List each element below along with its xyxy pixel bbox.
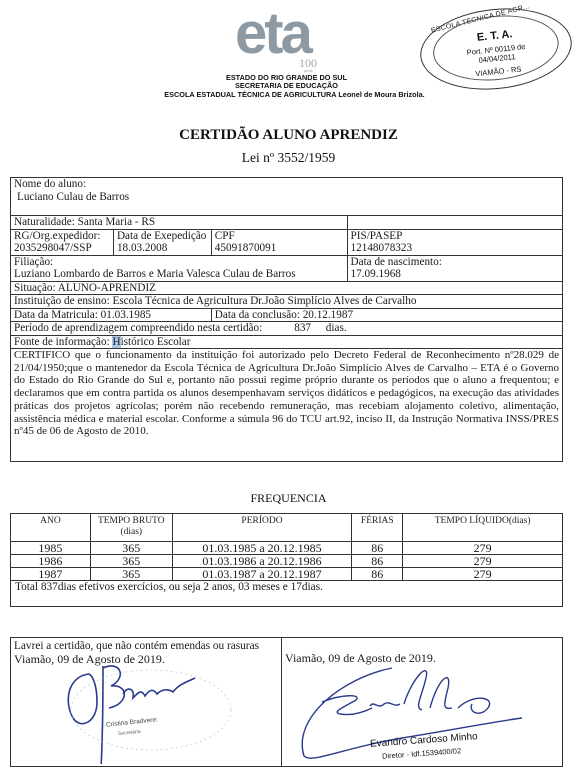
- expedicao-cell: Data de Exepedição 18.03.2008: [113, 229, 211, 255]
- conclusao-cell: Data da conclusão: 20.12.1987: [211, 308, 562, 322]
- frequencia-total: Total 837dias efetivos exercícios, ou se…: [11, 581, 563, 607]
- instituicao-cell: Instituição de ensino: Escola Técnica de…: [11, 295, 563, 309]
- document-subtitle: Lei nº 3552/1959: [0, 150, 577, 166]
- periodo-cell: Período de aprendizagem compreendido nes…: [11, 322, 563, 336]
- student-info-table: Nome do aluno: Luciano Culau de Barros N…: [10, 177, 563, 462]
- row-instituicao: Instituição de ensino: Escola Técnica de…: [11, 295, 563, 309]
- situacao-cell: Situação: ALUNO-APRENDIZ: [11, 281, 563, 295]
- secretary-signature-box: Lavrei a certidão, que não contém emenda…: [11, 638, 282, 767]
- frequencia-cell: 279: [403, 542, 563, 555]
- certifico-text: CERTIFICO que o funcionamento da institu…: [14, 349, 559, 438]
- fonte-rest: istórico Escolar: [121, 336, 191, 348]
- text-cursor-highlight: H: [112, 336, 120, 348]
- fonte-prefix: Fonte de informação:: [14, 336, 112, 348]
- rg-value: 2035298047/SSP: [14, 242, 92, 254]
- frequencia-cell: 86: [352, 555, 403, 568]
- frequencia-cell: 01.03.1985 a 20.12.1985: [172, 542, 352, 555]
- row-situacao: Situação: ALUNO-APRENDIZ: [11, 281, 563, 295]
- frequencia-cell: 1985: [11, 542, 91, 555]
- frequencia-table: ANOTEMPO BRUTO (dias)PERÍODOFÉRIASTEMPO …: [10, 513, 563, 607]
- right-date: Viamão, 09 de Agosto de 2019.: [285, 652, 559, 665]
- frequencia-cell: 1986: [11, 555, 91, 568]
- empty-cell: [347, 216, 562, 230]
- pis-cell: PIS/PASEP 12148078323: [347, 229, 562, 255]
- frequencia-cell: 86: [352, 568, 403, 581]
- cpf-cell: CPF 45091870091: [211, 229, 347, 255]
- rg-label: RG/Org.expedidor:: [14, 230, 101, 242]
- director-signature-box: Viamão, 09 de Agosto de 2019. Evandro Ca…: [282, 638, 563, 767]
- row-datas: Data da Matricula: 01.03.1985 Data da co…: [11, 308, 563, 322]
- frequencia-total-row: Total 837dias efetivos exercícios, ou se…: [11, 581, 563, 607]
- filiacao-value: Luziano Lombardo de Barros e Maria Vales…: [14, 268, 296, 280]
- matricula-cell: Data da Matricula: 01.03.1985: [11, 308, 212, 322]
- frequencia-title: FREQUENCIA: [0, 491, 577, 506]
- frequencia-cell: 86: [352, 542, 403, 555]
- frequencia-cell: 365: [90, 555, 172, 568]
- frequencia-header-1: TEMPO BRUTO (dias): [90, 514, 172, 542]
- lavrei-text: Lavrei a certidão, que não contém emenda…: [14, 640, 259, 652]
- fonte-cell: Fonte de informação: Histórico Escolar: [11, 335, 563, 349]
- filiacao-label: Filiação:: [14, 256, 53, 268]
- frequencia-cell: 1987: [11, 568, 91, 581]
- frequencia-header-4: TEMPO LÍQUIDO(dias): [403, 514, 563, 542]
- nome-label: Nome do aluno:: [14, 178, 86, 190]
- nome-value: Luciano Culau de Barros: [14, 191, 129, 203]
- cpf-value: 45091870091: [215, 242, 277, 254]
- left-date: Viamão, 09 de Agosto de 2019.: [14, 652, 165, 666]
- frequencia-body: 198536501.03.1985 a 20.12.19858627919863…: [11, 542, 563, 607]
- secretary-role: Secretária: [117, 726, 141, 741]
- rg-cell: RG/Org.expedidor: 2035298047/SSP: [11, 229, 114, 255]
- frequencia-cell: 365: [90, 542, 172, 555]
- signature-table: Lavrei a certidão, que não contém emenda…: [10, 637, 563, 767]
- row-documents: RG/Org.expedidor: 2035298047/SSP Data de…: [11, 229, 563, 255]
- frequencia-row: 198636501.03.1986 a 20.12.198686279: [11, 555, 563, 568]
- header-school: ESCOLA ESTADUAL TÉCNICA DE AGRICULTURA L…: [0, 90, 577, 99]
- expedicao-value: 18.03.2008: [117, 242, 167, 254]
- expedicao-label: Data de Exepedição: [117, 230, 206, 242]
- frequencia-header-0: ANO: [11, 514, 91, 542]
- eta-logo: eta 100 anos: [235, 14, 335, 74]
- cpf-label: CPF: [215, 230, 235, 242]
- nascimento-cell: Data de nascimento: 17.09.1968: [347, 255, 562, 281]
- row-filiacao: Filiação: Luziano Lombardo de Barros e M…: [11, 255, 563, 281]
- frequencia-cell: 279: [403, 555, 563, 568]
- row-fonte: Fonte de informação: Histórico Escolar: [11, 335, 563, 349]
- row-certifico: CERTIFICO que o funcionamento da institu…: [11, 349, 563, 462]
- frequencia-cell: 279: [403, 568, 563, 581]
- frequencia-cell: 01.03.1986 a 20.12.1986: [172, 555, 352, 568]
- pis-label: PIS/PASEP: [351, 230, 403, 242]
- nascimento-value: 17.09.1968: [351, 268, 401, 280]
- periodo-days: 837: [265, 322, 311, 335]
- frequencia-header-3: FÉRIAS: [352, 514, 403, 542]
- frequencia-row: 198736501.03.1987 a 20.12.198786279: [11, 568, 563, 581]
- periodo-unit: dias.: [314, 322, 347, 334]
- frequencia-header-row: ANOTEMPO BRUTO (dias)PERÍODOFÉRIASTEMPO …: [11, 514, 563, 542]
- row-periodo: Período de aprendizagem compreendido nes…: [11, 322, 563, 336]
- nascimento-label: Data de nascimento:: [351, 256, 442, 268]
- nome-cell: Nome do aluno: Luciano Culau de Barros: [11, 178, 563, 216]
- document-title: CERTIDÃO ALUNO APRENDIZ: [0, 127, 577, 144]
- frequencia-cell: 01.03.1987 a 20.12.1987: [172, 568, 352, 581]
- frequencia-row: 198536501.03.1985 a 20.12.198586279: [11, 542, 563, 555]
- naturalidade-cell: Naturalidade: Santa Maria - RS: [11, 216, 348, 230]
- frequencia-cell: 365: [90, 568, 172, 581]
- pis-value: 12148078323: [351, 242, 413, 254]
- certifico-cell: CERTIFICO que o funcionamento da institu…: [11, 349, 563, 462]
- row-naturalidade: Naturalidade: Santa Maria - RS: [11, 216, 563, 230]
- filiacao-cell: Filiação: Luziano Lombardo de Barros e M…: [11, 255, 348, 281]
- periodo-label: Período de aprendizagem compreendido nes…: [14, 322, 262, 334]
- signature-row: Lavrei a certidão, que não contém emenda…: [11, 638, 563, 767]
- frequencia-header-2: PERÍODO: [172, 514, 352, 542]
- row-nome: Nome do aluno: Luciano Culau de Barros: [11, 178, 563, 216]
